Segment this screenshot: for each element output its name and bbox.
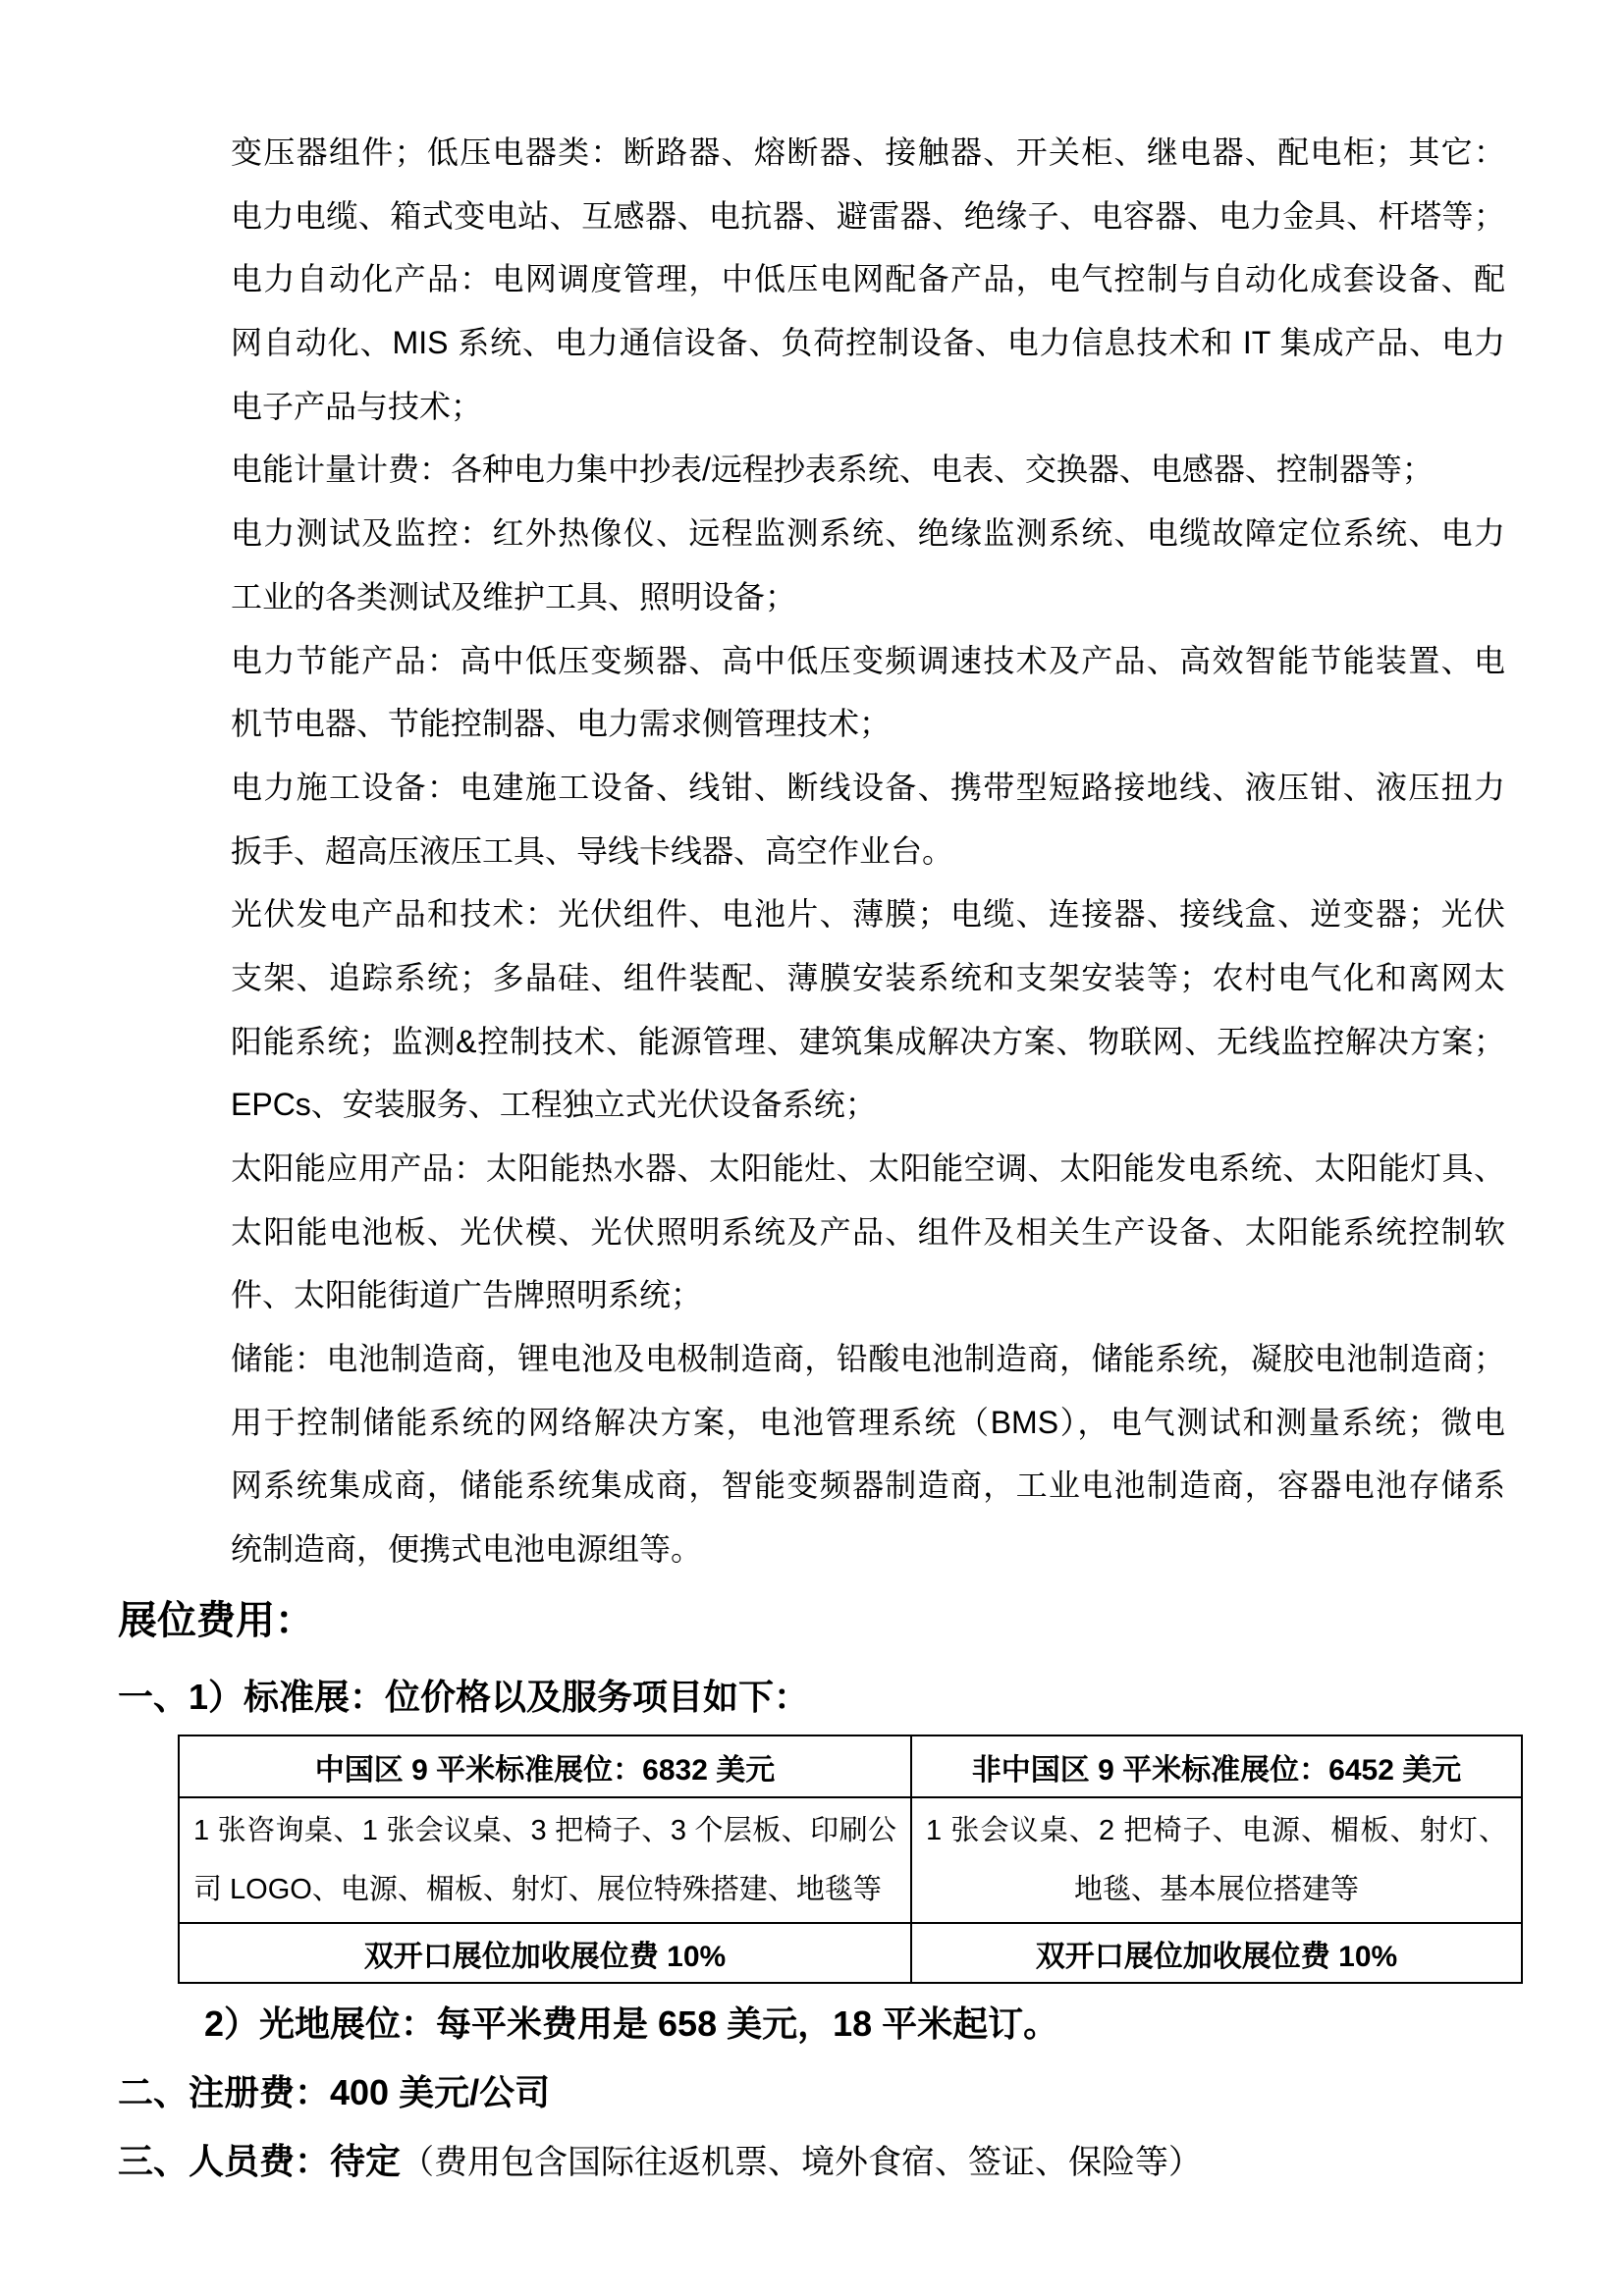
item3-registration-fee: 二、注册费：400 美元/公司（参展注册、在大会官网刊登公司 LOGO 和英文介… bbox=[118, 2058, 1521, 2127]
text-line: 工业的各类测试及维护工具、照明设备； bbox=[231, 565, 1505, 629]
text-line: ●电力测试及监控：红外热像仪、远程监测系统、绝缘监测系统、电缆故障定位系统、电力 bbox=[231, 502, 1505, 565]
text-line: EPCs、安装服务、工程独立式光伏设备系统； bbox=[231, 1073, 1505, 1137]
table-footer-row: 双开口展位加收展位费 10% 双开口展位加收展位费 10% bbox=[179, 1923, 1522, 1983]
footer-cell-china: 双开口展位加收展位费 10% bbox=[179, 1923, 911, 1983]
bullet-paragraph: ●光伏发电产品和技术：光伏组件、电池片、薄膜；电缆、连接器、接线盒、逆变器；光伏… bbox=[231, 882, 1505, 1137]
header-cell-china: 中国区 9 平米标准展位：6832 美元 bbox=[179, 1735, 911, 1797]
text-line: ●储能：电池制造商，锂电池及电极制造商，铅酸电池制造商，储能系统，凝胶电池制造商… bbox=[231, 1327, 1505, 1391]
text-line: 电力电缆、箱式变电站、互感器、电抗器、避雷器、绝缘子、电容器、电力金具、杆塔等； bbox=[231, 185, 1505, 248]
item4-bold-text: 三、人员费：待定 bbox=[118, 2141, 401, 2181]
paragraph: 变压器组件；低压电器类：断路器、熔断器、接触器、开关柜、继电器、配电柜；其它：电… bbox=[231, 121, 1505, 247]
bullet-paragraph: ●电力测试及监控：红外热像仪、远程监测系统、绝缘监测系统、电缆故障定位系统、电力… bbox=[231, 502, 1505, 628]
text-line: 用于控制储能系统的网络解决方案，电池管理系统（BMS），电气测试和测量系统；微电 bbox=[231, 1391, 1505, 1455]
text-line: ●电力节能产品：高中低压变频器、高中低压变频调速技术及产品、高效智能节能装置、电 bbox=[231, 629, 1505, 693]
content-cell-non-china: 1 张会议桌、2 把椅子、电源、楣板、射灯、 地毯、基本展位搭建等 bbox=[911, 1797, 1522, 1923]
table-content-row: 1 张咨询桌、1 张会议桌、3 把椅子、3 个层板、印刷公 司 LOGO、电源、… bbox=[179, 1797, 1522, 1923]
table-cell-line: 地毯、基本展位搭建等 bbox=[926, 1860, 1507, 1919]
item4-personnel-fee: 三、人员费：待定（费用包含国际往返机票、境外食宿、签证、保险等） bbox=[118, 2127, 1521, 2196]
item2-text: 2）光地展位：每平米费用是 658 美元，18 平米起订。 bbox=[204, 2003, 1058, 2044]
text-line: 变压器组件；低压电器类：断路器、熔断器、接触器、开关柜、继电器、配电柜；其它： bbox=[231, 121, 1505, 185]
footer-cell-non-china: 双开口展位加收展位费 10% bbox=[911, 1923, 1522, 1983]
item4-note-text: （费用包含国际往返机票、境外食宿、签证、保险等） bbox=[401, 2144, 1202, 2181]
text-line: 网自动化、MIS 系统、电力通信设备、负荷控制设备、电力信息技术和 IT 集成产… bbox=[231, 311, 1505, 375]
bullet-paragraph: ●电力施工设备：电建施工设备、线钳、断线设备、携带型短路接地线、液压钳、液压扭力… bbox=[231, 756, 1505, 882]
document-page: 变压器组件；低压电器类：断路器、熔断器、接触器、开关柜、继电器、配电柜；其它：电… bbox=[0, 0, 1624, 2296]
text-line-content: 电力自动化产品：电网调度管理，中低压电网配备产品，电气控制与自动化成套设备、配 bbox=[231, 261, 1505, 296]
table-cell-line: 1 张会议桌、2 把椅子、电源、楣板、射灯、 bbox=[926, 1801, 1507, 1860]
header-cell-non-china: 非中国区 9 平米标准展位：6452 美元 bbox=[911, 1735, 1522, 1797]
body-text: 变压器组件；低压电器类：断路器、熔断器、接触器、开关柜、继电器、配电柜；其它：电… bbox=[231, 121, 1505, 1581]
booth-fee-table: 中国区 9 平米标准展位：6832 美元 非中国区 9 平米标准展位：6452 … bbox=[178, 1735, 1523, 1984]
text-line-content: 光伏发电产品和技术：光伏组件、电池片、薄膜；电缆、连接器、接线盒、逆变器；光伏 bbox=[231, 896, 1505, 932]
text-line-content: 电能计量计费：各种电力集中抄表/远程抄表系统、电表、交换器、电感器、控制器等； bbox=[231, 452, 1434, 487]
table-cell-line: 司 LOGO、电源、楣板、射灯、展位特殊搭建、地毯等 bbox=[193, 1860, 896, 1919]
text-line: 件、太阳能街道广告牌照明系统； bbox=[231, 1263, 1505, 1327]
bullet-paragraph: ●电力自动化产品：电网调度管理，中低压电网配备产品，电气控制与自动化成套设备、配… bbox=[231, 247, 1505, 438]
bullet-paragraph: ●电力节能产品：高中低压变频器、高中低压变频调速技术及产品、高效智能节能装置、电… bbox=[231, 629, 1505, 756]
text-line: 机节电器、节能控制器、电力需求侧管理技术； bbox=[231, 692, 1505, 756]
text-line: 扳手、超高压液压工具、导线卡线器、高空作业台。 bbox=[231, 820, 1505, 883]
content-cell-china: 1 张咨询桌、1 张会议桌、3 把椅子、3 个层板、印刷公 司 LOGO、电源、… bbox=[179, 1797, 911, 1923]
bullet-paragraph: ●太阳能应用产品：太阳能热水器、太阳能灶、太阳能空调、太阳能发电系统、太阳能灯具… bbox=[231, 1137, 1505, 1327]
bullet-paragraph: ●储能：电池制造商，锂电池及电极制造商，铅酸电池制造商，储能系统，凝胶电池制造商… bbox=[231, 1327, 1505, 1581]
text-line: 电子产品与技术； bbox=[231, 375, 1505, 439]
text-line: 阳能系统；监测&控制技术、能源管理、建筑集成解决方案、物联网、无线监控解决方案； bbox=[231, 1010, 1505, 1074]
table-cell-line: 1 张咨询桌、1 张会议桌、3 把椅子、3 个层板、印刷公 bbox=[193, 1801, 896, 1860]
text-line: ●光伏发电产品和技术：光伏组件、电池片、薄膜；电缆、连接器、接线盒、逆变器；光伏 bbox=[231, 882, 1505, 946]
text-line: ●太阳能应用产品：太阳能热水器、太阳能灶、太阳能空调、太阳能发电系统、太阳能灯具… bbox=[231, 1137, 1505, 1201]
bullet-paragraph: ●电能计量计费：各种电力集中抄表/远程抄表系统、电表、交换器、电感器、控制器等； bbox=[231, 438, 1505, 502]
text-line: 支架、追踪系统；多晶硅、组件装配、薄膜安装系统和支架安装等；农村电气化和离网太 bbox=[231, 946, 1505, 1010]
text-line: ●电力施工设备：电建施工设备、线钳、断线设备、携带型短路接地线、液压钳、液压扭力 bbox=[231, 756, 1505, 820]
fees-section: 展位费用： 一、1）标准展：位价格以及服务项目如下： 中国区 9 平米标准展位：… bbox=[118, 1581, 1521, 2196]
text-line-content: 太阳能应用产品：太阳能热水器、太阳能灶、太阳能空调、太阳能发电系统、太阳能灯具、 bbox=[231, 1150, 1505, 1186]
text-line: 网系统集成商，储能系统集成商，智能变频器制造商，工业电池制造商，容器电池存储系 bbox=[231, 1454, 1505, 1518]
text-line-content: 电力施工设备：电建施工设备、线钳、断线设备、携带型短路接地线、液压钳、液压扭力 bbox=[231, 770, 1505, 805]
text-line: 太阳能电池板、光伏模、光伏照明系统及产品、组件及相关生产设备、太阳能系统控制软 bbox=[231, 1201, 1505, 1264]
item3-bold-text: 二、注册费：400 美元/公司 bbox=[118, 2072, 550, 2112]
text-line-content: 储能：电池制造商，锂电池及电极制造商，铅酸电池制造商，储能系统，凝胶电池制造商； bbox=[231, 1341, 1505, 1376]
text-line-content: 电力节能产品：高中低压变频器、高中低压变频调速技术及产品、高效智能节能装置、电 bbox=[231, 643, 1505, 678]
text-line: ●电力自动化产品：电网调度管理，中低压电网配备产品，电气控制与自动化成套设备、配 bbox=[231, 247, 1505, 311]
item1-heading: 一、1）标准展：位价格以及服务项目如下： bbox=[118, 1660, 1521, 1735]
section-heading: 展位费用： bbox=[118, 1581, 1521, 1660]
table-header-row: 中国区 9 平米标准展位：6832 美元 非中国区 9 平米标准展位：6452 … bbox=[179, 1735, 1522, 1797]
text-line: ●电能计量计费：各种电力集中抄表/远程抄表系统、电表、交换器、电感器、控制器等； bbox=[231, 438, 1505, 502]
text-line-content: 电力测试及监控：红外热像仪、远程监测系统、绝缘监测系统、电缆故障定位系统、电力 bbox=[231, 515, 1505, 551]
item2-raw-space-fee: 2）光地展位：每平米费用是 658 美元，18 平米起订。 bbox=[118, 1990, 1521, 2058]
text-line: 统制造商，便携式电池电源组等。 bbox=[231, 1518, 1505, 1581]
